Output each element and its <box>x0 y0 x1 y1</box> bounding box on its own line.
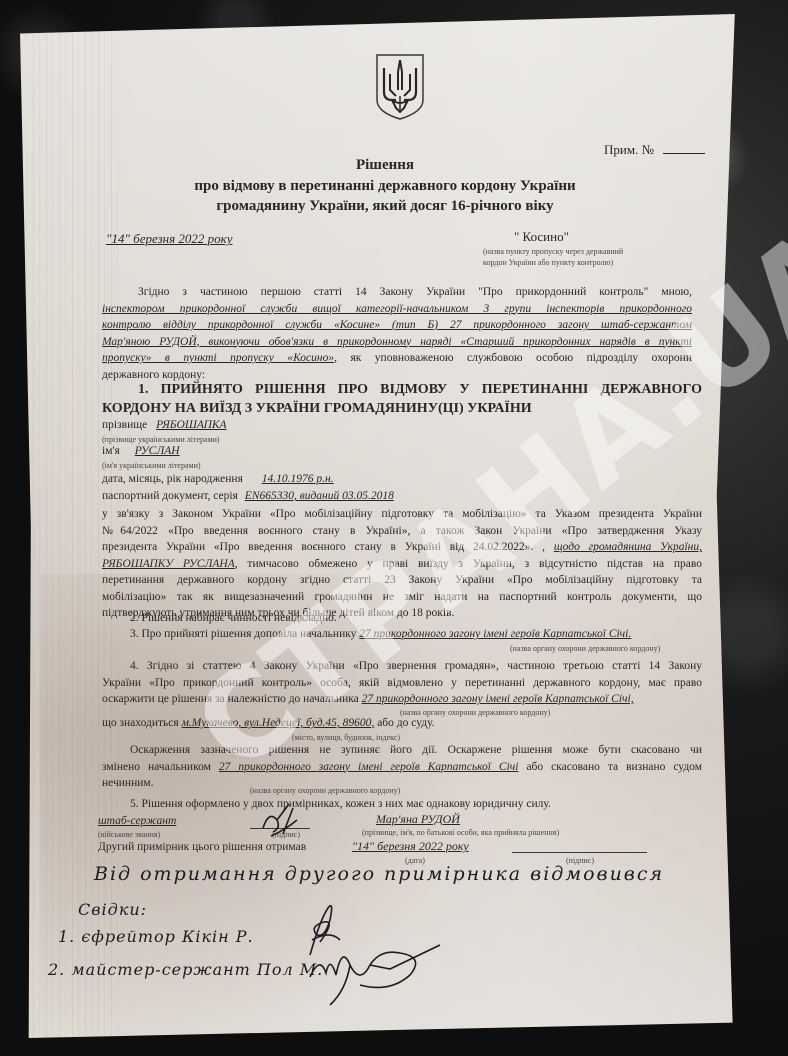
basis-line: , тимчасово обмежено у праві виїзду з Ук… <box>235 558 702 570</box>
intro-line: пропуску» в пункті пропуску «Косино» <box>102 352 334 364</box>
witness-2-signature <box>250 935 450 1010</box>
birth-date-label: дата, місяць, рік народження <box>102 473 243 485</box>
item-4-caption: (назва органу охорони державного кордону… <box>400 708 550 717</box>
section-1-heading: 1. ПРИЙНЯТО РІШЕННЯ ПРО ВІДМОВУ У ПЕРЕТИ… <box>102 380 702 418</box>
item-2: 2. Рішення набирає чинності невідкладно. <box>130 612 337 624</box>
appeal-paragraph: Оскарження зазначеного рішення не зупиня… <box>102 742 702 792</box>
passport-label: паспортний документ, серія <box>102 490 238 502</box>
officer-name: Мар'яна РУДОЙ <box>376 812 460 827</box>
appeal-prefix: змінено начальником <box>102 761 211 773</box>
passport-value: EN665330, виданий 03.05.2018 <box>245 490 394 502</box>
intro-line: інспектором прикордонної служби вищої ка… <box>102 301 692 318</box>
appeal-suffix: або скасовано та визнано судом <box>526 761 702 773</box>
officer-signature <box>255 800 315 840</box>
birth-date-field: дата, місяць, рік народження 14.10.1976 … <box>102 473 334 485</box>
section-1-line: 1. ПРИЙНЯТО РІШЕННЯ ПРО ВІДМОВУ У ПЕРЕТИ… <box>102 380 702 399</box>
surname-value: РЯБОШАПКА <box>156 419 226 431</box>
basis-line: перетинання державного кордону згідно ст… <box>102 572 702 589</box>
received-date: "14" березня 2022 року <box>352 839 469 854</box>
item-3-value: 27 прикордонного загону імені героїв Кар… <box>359 628 631 640</box>
name-value: РУСЛАН <box>135 445 180 457</box>
basis-paragraph: у зв'язку з Законом України «Про мобіліз… <box>102 506 702 622</box>
surname-caption: (прізвище українськими літерами) <box>102 435 220 444</box>
checkpoint-caption-1: (назва пункту пропуску через державний <box>483 247 623 256</box>
intro-line: контролю відділу прикордонної служби «Ко… <box>102 317 692 334</box>
basis-line: мобілізацію» так як вищезазначений грома… <box>102 589 702 606</box>
item-4-line: 4. Згідно зі статтею 4 Закону України «П… <box>102 658 702 675</box>
rank-caption: (військове звання) <box>98 830 160 839</box>
item-5: 5. Рішення оформлено у двох примірниках,… <box>130 798 551 810</box>
address-line: що знаходиться м.Мукачево, вул.Недецеї, … <box>102 717 435 729</box>
intro-line: Згідно з частиною першою статті 14 Закон… <box>102 284 692 301</box>
birth-date-value: 14.10.1976 р.н. <box>262 473 334 485</box>
reference-value-blank <box>663 153 705 154</box>
appeal-line: нечинним. <box>102 775 702 792</box>
address-value: м.Мукачево, вул.Недецеї, буд.45, 89600, <box>182 717 375 729</box>
basis-line: у зв'язку з Законом України «Про мобіліз… <box>102 506 702 523</box>
appeal-value: 27 прикордонного загону імені героїв Кар… <box>219 761 519 773</box>
handwritten-witness-1: 1. єфрейтор Кікін Р. <box>58 927 254 946</box>
document-subtitle-line1: про відмову в перетинанні державного кор… <box>150 178 620 195</box>
document-date: "14" березня 2022 року <box>106 231 233 247</box>
citizen-reference: щодо громадянина України, <box>554 541 702 553</box>
intro-paragraph: Згідно з частиною першою статті 14 Закон… <box>102 284 692 383</box>
appeal-line: Оскарження зазначеного рішення не зупиня… <box>102 742 702 759</box>
officer-caption: (прізвище, ім'я, по батькові особи, яка … <box>362 828 559 837</box>
reference-number: Прим. № <box>604 142 705 158</box>
item-3-text: 3. Про прийняті рішення доповіла начальн… <box>130 628 356 640</box>
intro-line: Мар'яною РУДОЙ, виконуючи обов'язки в пр… <box>102 334 692 351</box>
surname-field: прізвище РЯБОШАПКА <box>102 419 227 431</box>
passport-field: паспортний документ, серія EN665330, вид… <box>102 490 394 502</box>
section-1-line: КОРДОНУ НА ВИЇЗД З УКРАЇНИ ГРОМАДЯНИНУ(Ц… <box>102 399 702 418</box>
item-4-line: України «Про прикордонний контроль» особ… <box>102 675 702 692</box>
trident-coat-of-arms-icon <box>374 52 426 122</box>
basis-line: №64/2022 «Про введення воєнного стану в … <box>102 523 702 540</box>
document-content: Прим. № Рішення про відмову в перетинанн… <box>0 0 788 1056</box>
citizen-name: РЯБОШАПКУ РУСЛАНА <box>102 558 235 570</box>
reference-label: Прим. № <box>604 142 654 157</box>
address-caption: (місто, вулиця, будинок, індекс) <box>292 733 400 742</box>
document-subtitle-line2: громадянину України, який досяг 16-річно… <box>150 198 620 215</box>
rank-value: штаб-сержант <box>98 815 176 827</box>
item-3-caption: (назва органу охорони державного кордону… <box>510 644 660 653</box>
item-4-line: оскаржити це рішення за належністю до на… <box>102 693 359 705</box>
name-caption: (ім'я українськими літерами) <box>102 461 201 470</box>
handwritten-refusal-note: Від отримання другого примірника відмови… <box>94 863 664 885</box>
item-4: 4. Згідно зі статтею 4 Закону України «П… <box>102 658 702 708</box>
name-label: ім'я <box>102 445 120 457</box>
item-4-value: 27 прикордонного загону імені героїв Кар… <box>362 693 634 705</box>
intro-line: , як уповноваженою службовою особою підр… <box>334 352 692 364</box>
name-field: ім'я РУСЛАН <box>102 445 180 457</box>
surname-label: прізвище <box>102 419 147 431</box>
document-title: Рішення <box>150 157 620 174</box>
address-suffix: або до суду. <box>377 717 434 729</box>
item-3: 3. Про прийняті рішення доповіла начальн… <box>130 628 631 640</box>
address-prefix: що знаходиться <box>102 717 179 729</box>
checkpoint-caption-2: кордон України або пункту контролю) <box>483 258 613 267</box>
recipient-signature-line <box>512 852 647 853</box>
checkpoint-name: " Косино" <box>514 229 569 245</box>
received-label: Другий примірник цього рішення отримав <box>98 841 306 853</box>
appeal-caption: (назва органу охорони державного кордону… <box>250 786 400 795</box>
basis-line: президента України «Про введення воєнног… <box>102 541 545 553</box>
handwritten-witnesses-label: Свідки: <box>78 900 147 919</box>
